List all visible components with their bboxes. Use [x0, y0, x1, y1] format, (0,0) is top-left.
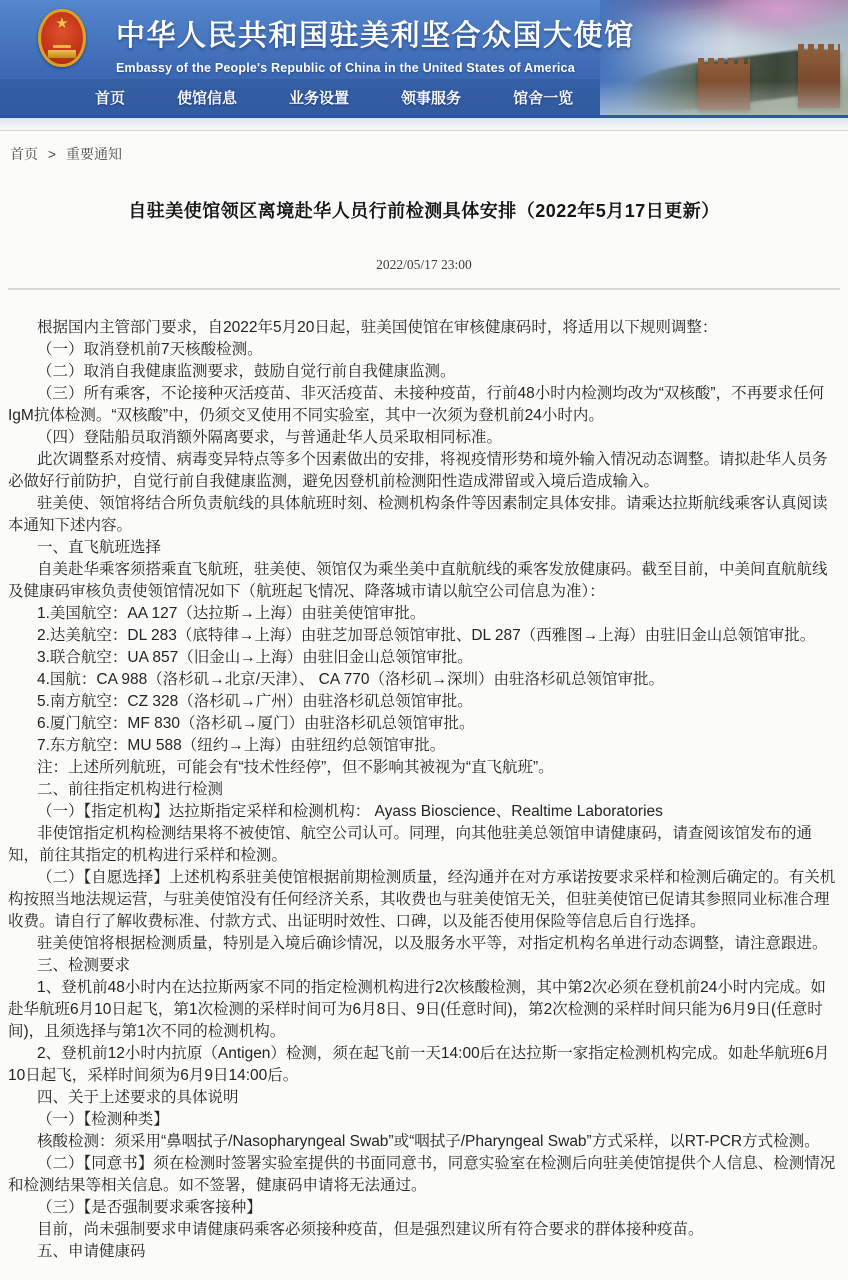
article-paragraph: （一）【检测种类】 — [8, 1109, 838, 1131]
header-fade — [0, 118, 848, 131]
article-paragraph: （三）【是否强制要求乘客接种】 — [8, 1197, 838, 1219]
article-title: 自驻美使馆领区离境赴华人员行前检测具体安排（2022年5月17日更新） — [40, 197, 808, 223]
article: 自驻美使馆领区离境赴华人员行前检测具体安排（2022年5月17日更新） 2022… — [0, 197, 848, 1263]
article-paragraph: 目前，尚未强制要求申请健康码乘客必须接种疫苗，但是强烈建议所有符合要求的群体接种… — [8, 1219, 838, 1241]
nav-item-home[interactable]: 首页 — [95, 87, 125, 108]
article-paragraph: 6.厦门航空：MF 830（洛杉矶→厦门）由驻洛杉矶总领馆审批。 — [8, 713, 838, 735]
nav-item-buildings-overview[interactable]: 馆舍一览 — [513, 87, 573, 108]
nav-item-services-setup[interactable]: 业务设置 — [289, 87, 349, 108]
main-nav: 首页 使馆信息 业务设置 领事服务 馆舍一览 — [95, 79, 573, 115]
page: ★ 中华人民共和国驻美利坚合众国大使馆 Embassy of the Peopl… — [0, 0, 848, 1263]
breadcrumb-home-link[interactable]: 首页 — [10, 146, 38, 162]
article-paragraph: 注：上述所列航班，可能会有“技术性经停”，但不影响其被视为“直飞航班”。 — [8, 757, 838, 779]
site-title-en: Embassy of the People's Republic of Chin… — [116, 61, 635, 75]
breadcrumb-current-link[interactable]: 重要通知 — [66, 146, 122, 162]
article-paragraph: 根据国内主管部门要求，自2022年5月20日起，驻美国使馆在审核健康码时，将适用… — [8, 317, 838, 339]
article-paragraph: 5.南方航空：CZ 328（洛杉矶→广州）由驻洛杉矶总领馆审批。 — [8, 691, 838, 713]
article-paragraph: 核酸检测：须采用“鼻咽拭子/Nasopharyngeal Swab”或“咽拭子/… — [8, 1131, 838, 1153]
site-title-cn: 中华人民共和国驻美利坚合众国大使馆 — [116, 13, 635, 54]
emblem-star-icon: ★ — [55, 16, 68, 31]
article-paragraph: （四）登陆船员取消额外隔离要求，与普通赴华人员采取相同标准。 — [8, 427, 838, 449]
article-paragraph: 7.东方航空：MU 588（纽约→上海）由驻纽约总领馆审批。 — [8, 735, 838, 757]
article-paragraph: （二）取消自我健康监测要求，鼓励自觉行前自我健康监测。 — [8, 361, 838, 383]
article-paragraph: （一）【指定机构】达拉斯指定采样和检测机构： Ayass Bioscience、… — [8, 801, 838, 823]
article-paragraph: 自美赴华乘客须搭乘直飞航班，驻美使、领馆仅为乘坐美中直航航线的乘客发放健康码。截… — [8, 559, 838, 603]
article-body: 根据国内主管部门要求，自2022年5月20日起，驻美国使馆在审核健康码时，将适用… — [0, 290, 848, 1263]
article-paragraph: （二）【自愿选择】上述机构系驻美使馆根据前期检测质量，经沟通并在对方承诺按要求采… — [8, 867, 838, 933]
article-paragraph: 非使馆指定机构检测结果将不被使馆、航空公司认可。同理，向其他驻美总领馆申请健康码… — [8, 823, 838, 867]
breadcrumb-separator: > — [48, 146, 56, 162]
site-titles: 中华人民共和国驻美利坚合众国大使馆 Embassy of the People'… — [116, 13, 635, 75]
article-paragraph: （一）取消登机前7天核酸检测。 — [8, 339, 838, 361]
article-datetime: 2022/05/17 23:00 — [0, 257, 848, 273]
article-paragraph: 2.达美航空：DL 283（底特律→上海）由驻芝加哥总领馆审批、DL 287（西… — [8, 625, 838, 647]
article-paragraph: （二）【同意书】须在检测时签署实验室提供的书面同意书，同意实验室在检测后向驻美使… — [8, 1153, 838, 1197]
nav-item-consular-services[interactable]: 领事服务 — [401, 87, 461, 108]
article-paragraph: 4.国航：CA 988（洛杉矶→北京/天津）、 CA 770（洛杉矶→深圳）由驻… — [8, 669, 838, 691]
nav-item-embassy-info[interactable]: 使馆信息 — [177, 87, 237, 108]
article-paragraph: 二、前往指定机构进行检测 — [8, 779, 838, 801]
great-wall-photo — [600, 0, 848, 115]
article-paragraph: 此次调整系对疫情、病毒变异特点等多个因素做出的安排，将视疫情形势和境外输入情况动… — [8, 449, 838, 493]
site-header: ★ 中华人民共和国驻美利坚合众国大使馆 Embassy of the Peopl… — [0, 0, 848, 118]
mist-overlay — [600, 81, 848, 115]
article-paragraph: 1、登机前48小时内在达拉斯两家不同的指定检测机构进行2次核酸检测，其中第2次必… — [8, 977, 838, 1043]
article-paragraph: 四、关于上述要求的具体说明 — [8, 1087, 838, 1109]
article-paragraph: （三）所有乘客，不论接种灭活疫苗、非灭活疫苗、未接种疫苗，行前48小时内检测均改… — [8, 383, 838, 427]
article-paragraph: 3.联合航空：UA 857（旧金山→上海）由驻旧金山总领馆审批。 — [8, 647, 838, 669]
article-paragraph: 五、申请健康码 — [8, 1241, 838, 1263]
article-paragraph: 1.美国航空：AA 127（达拉斯→上海）由驻美使馆审批。 — [8, 603, 838, 625]
article-paragraph: 2、登机前12小时内抗原（Antigen）检测，须在起飞前一天14:00后在达拉… — [8, 1043, 838, 1087]
article-paragraph: 驻美使、领馆将结合所负责航线的具体航班时刻、检测机构条件等因素制定具体安排。请乘… — [8, 493, 838, 537]
article-paragraph: 三、检测要求 — [8, 955, 838, 977]
article-paragraph: 驻美使馆将根据检测质量，特别是入境后确诊情况，以及服务水平等，对指定机构名单进行… — [8, 933, 838, 955]
article-paragraph: 一、直飞航班选择 — [8, 537, 838, 559]
breadcrumb: 首页 > 重要通知 — [0, 131, 848, 164]
national-emblem-icon: ★ — [38, 9, 86, 67]
